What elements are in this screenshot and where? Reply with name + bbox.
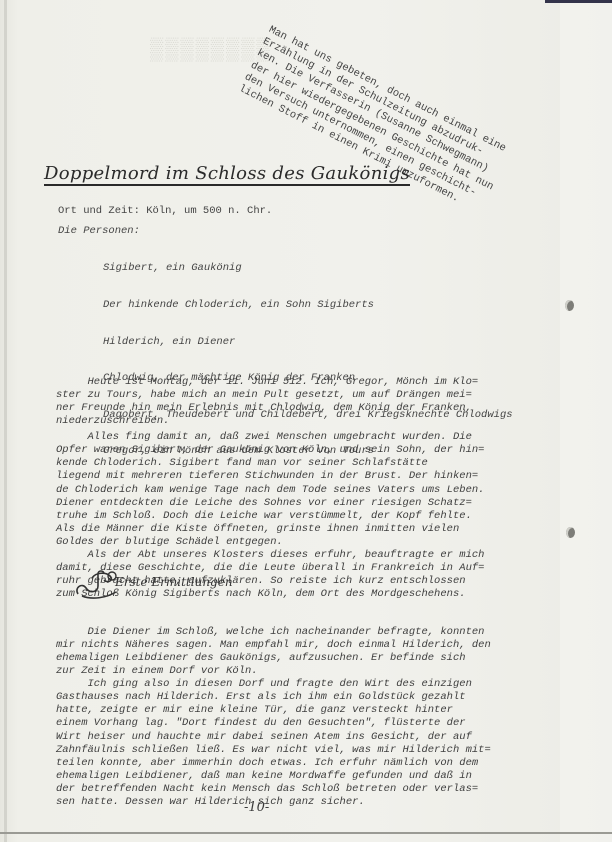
person-item: Sigibert, ein Gaukönig: [103, 262, 513, 274]
page-edge-highlight: [560, 0, 612, 842]
page-edge-shadow: [4, 0, 7, 842]
scan-border: [545, 0, 612, 3]
page-bottom-edge: [0, 832, 612, 834]
story-title: Doppelmord im Schloss des Gaukönigs: [44, 163, 410, 186]
setting-line: Ort und Zeit: Köln, um 500 n. Chr.: [58, 205, 272, 217]
section-heading: Erste Ermittlungen: [115, 575, 233, 589]
person-item: Der hinkende Chloderich, ein Sohn Sigibe…: [103, 299, 513, 311]
document-page: ▒▒▒▒▒▒▒▒ Man hat uns gebeten, doch auch …: [0, 0, 612, 842]
punch-hole: [566, 527, 575, 538]
editor-note: Man hat uns gebeten, doch auch einmal ei…: [236, 24, 566, 244]
person-item: Hilderich, ein Diener: [103, 336, 513, 348]
persons-heading: Die Personen:: [58, 225, 140, 237]
page-number: -10-: [244, 800, 269, 815]
punch-hole: [565, 300, 574, 311]
paragraph-hilderich: Ich ging also in diesen Dorf und fragte …: [56, 652, 491, 835]
